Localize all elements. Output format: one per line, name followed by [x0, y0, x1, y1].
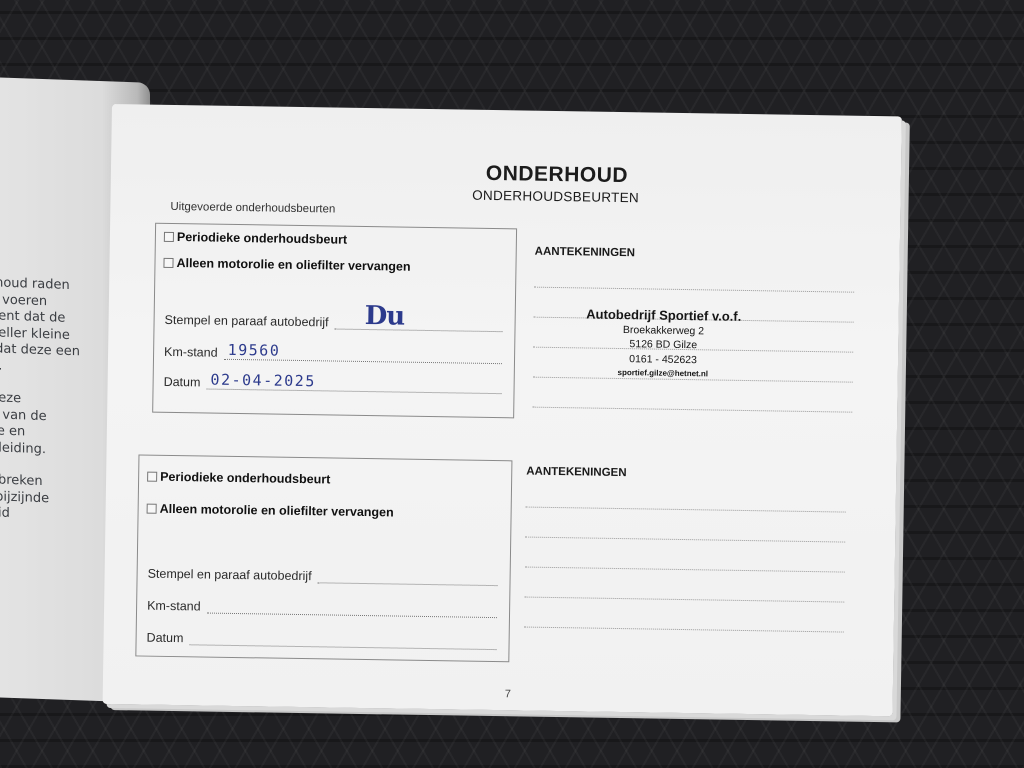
stamp-field[interactable]: Stempel en paraaf autobedrijf Du: [165, 312, 503, 332]
km-label: Km-stand: [164, 345, 218, 360]
notes-section-2: AANTEKENINGEN: [524, 466, 847, 633]
oil-change-option[interactable]: Alleen motorolie en oliefilter vervangen: [163, 256, 410, 274]
km-line[interactable]: 19560: [223, 345, 502, 364]
maintenance-page: ONDERHOUD ONDERHOUDSBEURTEN Uitgevoerde …: [103, 104, 902, 716]
stamp-email: sportief.gilze@hetnet.nl: [568, 365, 758, 382]
date-label: Datum: [164, 375, 201, 390]
stamp-company: Autobedrijf Sportief v.o.f.: [569, 307, 759, 324]
date-line[interactable]: 02-04-2025: [206, 375, 501, 395]
date-label: Datum: [147, 631, 184, 646]
checkbox-icon[interactable]: [163, 258, 173, 268]
notes-line[interactable]: [532, 378, 852, 413]
date-field[interactable]: Datum 02-04-2025: [164, 374, 502, 394]
stamp-line[interactable]: [317, 568, 497, 586]
page-number: 7: [505, 688, 511, 700]
signature: Du: [364, 301, 404, 332]
km-line[interactable]: [207, 599, 498, 619]
periodic-service-label: Periodieke onderhoudsbeurt: [177, 230, 347, 247]
checkbox-icon[interactable]: [164, 232, 174, 242]
stamp-label: Stempel en paraaf autobedrijf: [148, 567, 312, 584]
checkbox-icon[interactable]: [147, 472, 157, 482]
page-subtitle: ONDERHOUDSBEURTEN: [421, 187, 691, 206]
km-label: Km-stand: [147, 599, 201, 614]
stamp-line[interactable]: Du: [334, 315, 502, 333]
date-value: 02-04-2025: [210, 371, 316, 391]
periodic-service-option[interactable]: Periodieke onderhoudsbeurt: [147, 470, 330, 487]
km-field[interactable]: Km-stand 19560: [164, 344, 502, 364]
oil-change-label: Alleen motorolie en oliefilter vervangen: [176, 256, 410, 274]
section-label: Uitgevoerde onderhoudsbeurten: [170, 201, 335, 216]
periodic-service-option[interactable]: Periodieke onderhoudsbeurt: [164, 230, 347, 247]
stamp-field[interactable]: Stempel en paraaf autobedrijf: [148, 566, 498, 586]
km-value: 19560: [228, 341, 281, 360]
maintenance-entry-2: Periodieke onderhoudsbeurt Alleen motoro…: [135, 454, 512, 662]
periodic-service-label: Periodieke onderhoudsbeurt: [160, 470, 330, 487]
maintenance-entry-1: Periodieke onderhoudsbeurt Alleen motoro…: [152, 223, 517, 419]
garage-stamp: Autobedrijf Sportief v.o.f. Broekakkerwe…: [568, 307, 759, 382]
date-line[interactable]: [189, 630, 496, 650]
date-field[interactable]: Datum: [147, 630, 497, 650]
notes-line[interactable]: [524, 598, 844, 633]
oil-change-option[interactable]: Alleen motorolie en oliefilter vervangen: [147, 502, 394, 520]
stamp-label: Stempel en paraaf autobedrijf: [165, 313, 329, 330]
km-field[interactable]: Km-stand: [147, 598, 497, 618]
page-title: ONDERHOUD: [457, 161, 657, 188]
oil-change-label: Alleen motorolie en oliefilter vervangen: [160, 502, 394, 520]
checkbox-icon[interactable]: [147, 504, 157, 514]
